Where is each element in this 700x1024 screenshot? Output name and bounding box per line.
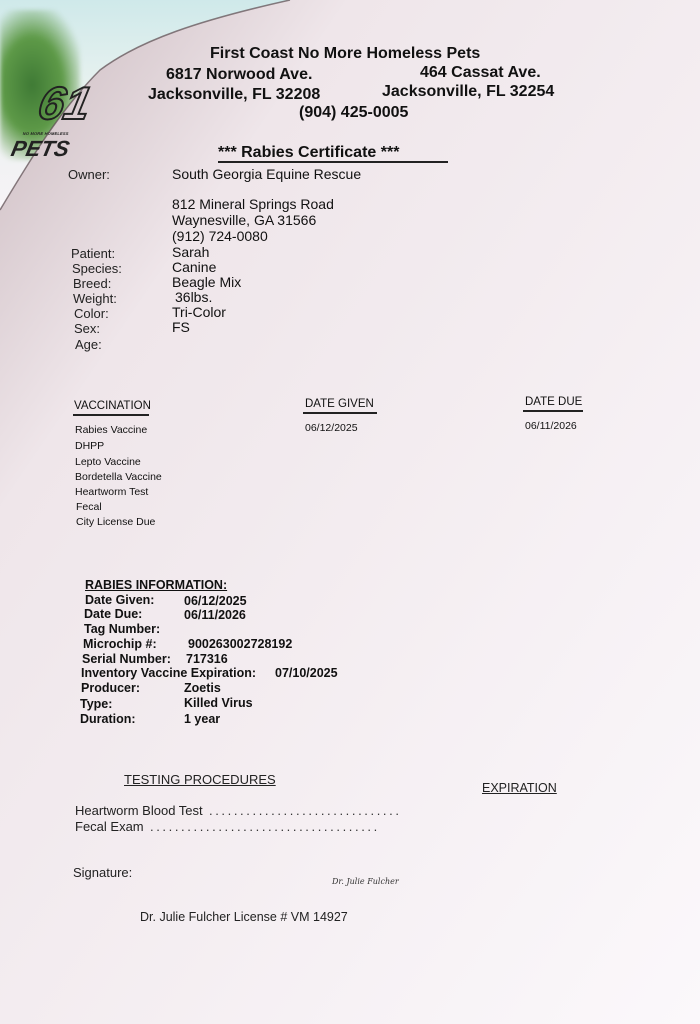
serial-number-label: Serial Number: <box>82 652 171 666</box>
patient-label: Patient: <box>71 246 115 261</box>
duration-label: Duration: <box>80 712 136 726</box>
vaccination-header-underline <box>73 414 149 416</box>
color-value: Tri-Color <box>172 304 226 320</box>
location-2-city: Jacksonville, FL 32254 <box>382 83 554 101</box>
expiration-heading: EXPIRATION <box>482 781 557 795</box>
owner-address-line2: Waynesville, GA 31566 <box>172 212 316 228</box>
rabies-date-given-label: Date Given: <box>85 593 154 607</box>
duration-value: 1 year <box>184 712 220 726</box>
vaccine-name: DHPP <box>75 440 104 452</box>
testing-procedures-heading: TESTING PROCEDURES <box>124 772 276 787</box>
dot-leader: ............................... <box>209 803 402 818</box>
serial-number-value: 717316 <box>186 652 228 666</box>
color-label: Color: <box>74 306 109 321</box>
species-value: Canine <box>172 259 216 275</box>
certificate-title: *** Rabies Certificate *** <box>218 144 399 162</box>
inventory-expiration-value: 07/10/2025 <box>275 666 338 680</box>
date-given-header-underline <box>303 412 377 414</box>
location-2-street: 464 Cassat Ave. <box>420 64 541 82</box>
date-due-header: DATE DUE <box>525 396 582 408</box>
org-phone: (904) 425-0005 <box>299 104 408 122</box>
microchip-value: 900263002728192 <box>188 637 292 651</box>
date-given-header: DATE GIVEN <box>305 398 374 410</box>
test-name: Fecal Exam <box>75 819 144 834</box>
type-value: Killed Virus <box>184 696 253 710</box>
patient-value: Sarah <box>172 244 209 260</box>
rabies-date-due-value: 06/11/2026 <box>184 608 246 622</box>
org-name: First Coast No More Homeless Pets <box>210 45 480 63</box>
vet-name-license: Dr. Julie Fulcher License # VM 14927 <box>140 910 348 924</box>
species-label: Species: <box>72 261 122 276</box>
vaccine-name: Bordetella Vaccine <box>75 471 162 483</box>
test-name: Heartworm Blood Test <box>75 803 203 818</box>
logo-mark-icon: 61 <box>34 76 97 130</box>
breed-label: Breed: <box>73 276 111 291</box>
inventory-expiration-label: Inventory Vaccine Expiration: <box>81 666 256 680</box>
vaccine-name: City License Due <box>76 516 155 528</box>
signature-label: Signature: <box>73 865 132 880</box>
rabies-info-heading: RABIES INFORMATION: <box>85 578 227 592</box>
vaccine-name: Rabies Vaccine <box>75 424 147 436</box>
dot-leader: ..................................... <box>150 819 380 834</box>
sex-label: Sex: <box>74 321 100 336</box>
location-1-city: Jacksonville, FL 32208 <box>148 86 320 104</box>
type-label: Type: <box>80 697 112 711</box>
logo-text: PETS <box>9 136 72 162</box>
vaccine-date-given: 06/12/2025 <box>305 422 358 434</box>
title-underline <box>218 161 448 163</box>
age-label: Age: <box>75 337 102 352</box>
vaccine-date-due: 06/11/2026 <box>525 420 577 432</box>
vaccine-name: Lepto Vaccine <box>75 456 141 468</box>
owner-label: Owner: <box>68 167 110 182</box>
owner-address-line1: 812 Mineral Springs Road <box>172 196 334 212</box>
breed-value: Beagle Mix <box>172 274 241 290</box>
location-1-street: 6817 Norwood Ave. <box>166 66 312 84</box>
handwritten-signature: Dr. Julie Fulcher <box>332 877 399 886</box>
producer-label: Producer: <box>81 681 140 695</box>
producer-value: Zoetis <box>184 681 221 695</box>
vaccine-name: Heartworm Test <box>75 486 148 498</box>
microchip-label: Microchip #: <box>83 637 157 651</box>
weight-value: 36lbs. <box>175 289 212 305</box>
vaccine-name: Fecal <box>76 501 102 513</box>
sex-value: FS <box>172 319 190 335</box>
tag-number-label: Tag Number: <box>84 622 160 636</box>
vaccination-header: VACCINATION <box>74 400 151 412</box>
weight-label: Weight: <box>73 291 117 306</box>
rabies-date-given-value: 06/12/2025 <box>184 594 247 608</box>
owner-phone: (912) 724-0080 <box>172 228 268 244</box>
rabies-date-due-label: Date Due: <box>84 607 142 621</box>
owner-name: South Georgia Equine Rescue <box>172 166 361 182</box>
date-due-header-underline <box>523 410 583 412</box>
